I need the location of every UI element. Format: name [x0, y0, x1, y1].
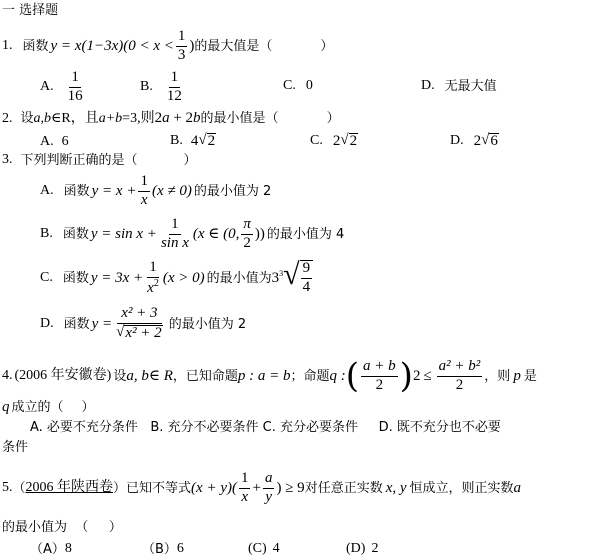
- question-number: 4.: [2, 369, 13, 383]
- option-suffix: 的最小值为 2: [194, 185, 271, 198]
- question-prefix: 函数: [23, 40, 49, 53]
- radical-icon: √: [198, 133, 206, 149]
- section-title-text: 一 选择题: [2, 4, 58, 17]
- option-label: B.: [40, 227, 53, 241]
- square-root: √2: [198, 133, 216, 149]
- math-expression: y = sin x +: [91, 227, 157, 242]
- coefficient: 3: [272, 271, 280, 286]
- proposition-q-label: q :: [330, 369, 346, 384]
- numerator: 1: [169, 70, 181, 88]
- exponent: b: [193, 111, 201, 126]
- coefficient: 2: [474, 134, 482, 149]
- option-label: A.: [40, 184, 54, 198]
- fraction: 1 x: [138, 174, 150, 209]
- option-prefix: 函数: [64, 318, 90, 331]
- math-variables: a,b: [34, 112, 52, 126]
- option-2d: D. 2 √6: [450, 133, 499, 149]
- variable-p: p: [513, 369, 521, 384]
- math-expression: y = x +: [92, 184, 137, 199]
- denominator: 3: [176, 47, 188, 64]
- question-text: 设: [113, 370, 126, 383]
- option-label: （B）: [142, 543, 177, 556]
- math-expression: y =: [92, 317, 113, 332]
- radical-icon: √: [481, 133, 489, 149]
- question-text: ；命题: [291, 370, 330, 383]
- option-label: D.: [450, 134, 464, 148]
- radicand: 2: [349, 133, 359, 149]
- source-open-paren: （: [13, 482, 26, 495]
- option-value: 无最大值: [445, 80, 497, 93]
- question-4-continued: q 成立的（ ）: [2, 400, 95, 415]
- question-text: 设: [21, 112, 34, 125]
- option-3b: B. 函数 y = sin x + 1 sin x (x ∈ (0, π 2 )…: [40, 214, 344, 254]
- option-1b: B. 1 12: [140, 68, 186, 106]
- question-number: 3.: [2, 153, 13, 167]
- option-1c: C. 0: [283, 79, 313, 93]
- fraction: 1 3: [176, 29, 188, 64]
- coefficient: 4: [191, 134, 199, 149]
- option-prefix: 函数: [64, 185, 90, 198]
- math-expression: + 2: [170, 111, 193, 126]
- option-label: D.: [40, 317, 54, 331]
- numerator: a: [263, 471, 275, 489]
- math-variables: a, b∈ R: [126, 369, 173, 384]
- denominator: y: [263, 489, 274, 506]
- question-text: ，已知命题: [173, 370, 238, 383]
- question-1: 1. 函数 y = x(1−3x)(0 < x < 1 3 ) 的最大值是（ ）: [2, 26, 333, 66]
- radical-icon: √: [283, 260, 299, 296]
- option-2a: A. 6: [40, 135, 69, 149]
- option-3a: A. 函数 y = x + 1 x (x ≠ 0) 的最小值为 2: [40, 172, 271, 210]
- answer-blank-close: ）: [184, 154, 197, 167]
- option-prefix: 函数: [63, 228, 89, 241]
- denominator: 2: [374, 377, 386, 394]
- numerator: 9: [301, 261, 313, 279]
- exponent: 2: [154, 278, 159, 289]
- radicand: 6: [489, 133, 499, 149]
- question-text: 恒成立，则正实数: [410, 482, 514, 495]
- option-5d: (D) 2: [346, 542, 378, 556]
- option-label: （A）: [30, 543, 65, 556]
- option-value: 6: [177, 542, 184, 556]
- plus-sign: +: [252, 481, 260, 496]
- numerator: x² + 3: [117, 306, 161, 324]
- fraction: 1 x: [239, 471, 251, 506]
- numerator: 1: [239, 471, 251, 489]
- question-text: ∈R，且: [51, 112, 99, 126]
- fraction: x² + 3 √x² + 2: [114, 306, 165, 342]
- question-number: 5.: [2, 481, 13, 495]
- numerator: a² + b²: [437, 359, 483, 377]
- denominator: 16: [66, 88, 85, 105]
- option-suffix: 的最小值为 4: [267, 228, 344, 241]
- option-label: C.: [310, 134, 323, 148]
- question-5: 5. （ 2006 年陕西卷 ） 已知不等式 (x + y)( 1 x + a …: [2, 468, 521, 508]
- option-5c: (C) 4: [248, 542, 280, 556]
- question-text: 对任意正实数: [305, 482, 383, 495]
- question-number: 2.: [2, 112, 13, 126]
- question-text: 是: [524, 370, 537, 383]
- fraction: 1 sin x: [159, 217, 191, 252]
- fraction: a y: [263, 471, 275, 506]
- option-2c: C. 2 √2: [310, 133, 358, 149]
- option-value: 2: [371, 542, 378, 556]
- question-source: (2006 年安徽卷): [15, 369, 112, 383]
- question-4-options-wrap: 条件: [2, 441, 28, 454]
- options-text: A. 必要不充分条件 B. 充分不必要条件 C. 充分必要条件 D. 既不充分也…: [30, 421, 501, 434]
- option-value: 8: [65, 542, 72, 556]
- options-text-wrap: 条件: [2, 441, 28, 454]
- math-expression: (x ∈ (0,: [193, 227, 240, 242]
- question-suffix: 的最小值是（: [201, 112, 279, 125]
- math-expression: y = x(1−3x)(0 < x <: [51, 39, 174, 54]
- radicand: x² + 2: [124, 325, 162, 342]
- option-label: B.: [170, 134, 183, 148]
- option-1a: A. 1 16: [40, 68, 87, 106]
- math-expression: (x > 0): [163, 271, 205, 286]
- numerator: 1: [69, 70, 81, 88]
- fraction: 1 16: [66, 70, 85, 105]
- question-2: 2. 设 a,b ∈R，且 a+b =3,则 2a + 2b 的最小值是（ ）: [2, 111, 340, 126]
- question-4-options: A. 必要不充分条件 B. 充分不必要条件 C. 充分必要条件 D. 既不充分也…: [30, 421, 501, 434]
- numerator: 1: [169, 217, 181, 235]
- fraction: a + b 2: [361, 359, 398, 394]
- square-root: √2: [340, 133, 358, 149]
- square-root: √6: [481, 133, 499, 149]
- variable-a: a: [514, 481, 522, 496]
- fraction: 9 4: [300, 260, 314, 296]
- option-2b: B. 4 √2: [170, 133, 216, 149]
- fraction: a² + b² 2: [437, 359, 483, 394]
- fraction: π 2: [241, 217, 253, 252]
- numerator: 1: [176, 29, 188, 47]
- radicand: 2: [207, 133, 217, 149]
- denominator: x2: [145, 278, 161, 297]
- exponent: 2: [413, 369, 421, 384]
- source-close-paren: ）: [113, 482, 126, 495]
- numerator: 1: [147, 260, 159, 278]
- proposition-p: p : a = b: [238, 369, 291, 384]
- answer-blank-close: ）: [327, 112, 340, 125]
- answer-blank-close: ）: [82, 401, 95, 414]
- radical-icon: √: [116, 325, 124, 342]
- left-paren: (: [346, 359, 359, 393]
- option-3c: C. 函数 y = 3x + 1 x2 (x > 0) 的最小值为 3 3 √ …: [40, 258, 313, 298]
- math-expression: ) ≥ 9: [276, 481, 304, 496]
- option-value: 0: [306, 79, 313, 93]
- option-label: D.: [421, 79, 435, 93]
- option-suffix: 的最小值为 2: [169, 318, 246, 331]
- question-text: ，则: [484, 370, 510, 383]
- question-text: 的最小值为 （ ）: [2, 521, 122, 534]
- option-3d: D. 函数 y = x² + 3 √x² + 2 的最小值为 2: [40, 302, 246, 346]
- exponent: a: [162, 111, 170, 126]
- relation-symbol: ≤: [423, 369, 431, 384]
- fraction: 1 12: [165, 70, 184, 105]
- question-source: 2006 年陕西卷: [26, 481, 114, 495]
- numerator: 1: [138, 174, 150, 192]
- question-text: =3,则: [122, 112, 154, 126]
- numerator: a + b: [361, 359, 398, 377]
- option-label: C.: [40, 271, 53, 285]
- option-label: A.: [40, 135, 54, 149]
- option-5b: （B） 6: [142, 542, 184, 556]
- answer-blank-close: ）: [320, 40, 333, 53]
- question-number: 1.: [2, 39, 13, 53]
- option-prefix: 函数: [63, 272, 89, 285]
- question-text: 下列判断正确的是（: [21, 154, 138, 167]
- fraction: 1 x2: [145, 260, 161, 297]
- option-suffix: 的最小值为: [207, 272, 272, 285]
- numerator: π: [241, 217, 253, 235]
- denominator: 4: [301, 279, 313, 296]
- variable-q: q: [2, 400, 10, 415]
- denominator: 2: [454, 377, 466, 394]
- math-expression: a+b: [99, 112, 122, 126]
- question-4: 4. (2006 年安徽卷) 设 a, b∈ R ，已知命题 p : a = b…: [2, 354, 537, 398]
- question-text: 成立的（: [12, 401, 64, 414]
- option-label: B.: [140, 80, 153, 94]
- coefficient: 2: [333, 134, 341, 149]
- option-label: A.: [40, 80, 54, 94]
- section-title: 一 选择题: [2, 4, 58, 17]
- right-paren: ): [400, 359, 413, 393]
- denominator: sin x: [159, 235, 191, 252]
- question-suffix: 的最大值是（: [194, 40, 272, 53]
- option-label: (C): [248, 542, 267, 556]
- question-5-continued: 的最小值为 （ ）: [2, 521, 122, 534]
- math-base: 2: [155, 111, 163, 126]
- option-5a: （A） 8: [30, 542, 72, 556]
- cube-root: √ 9 4: [283, 260, 313, 296]
- option-label: C.: [283, 79, 296, 93]
- denominator: 12: [165, 88, 184, 105]
- question-text: 已知不等式: [126, 482, 191, 495]
- math-variables: x, y: [386, 481, 407, 496]
- question-3: 3. 下列判断正确的是（ ）: [2, 153, 197, 167]
- option-value: 6: [62, 135, 69, 149]
- denominator-base: x: [147, 280, 154, 296]
- denominator: √x² + 2: [114, 324, 165, 342]
- option-1d: D. 无最大值: [421, 79, 497, 93]
- option-label: (D): [346, 542, 365, 556]
- denominator: 2: [241, 235, 253, 252]
- math-expression: (x + y)(: [191, 481, 237, 496]
- radical-icon: √: [340, 133, 348, 149]
- denominator: x: [139, 192, 150, 209]
- option-value: 4: [273, 542, 280, 556]
- denominator: x: [239, 489, 250, 506]
- math-expression: )): [255, 227, 265, 242]
- math-expression: y = 3x +: [91, 271, 143, 286]
- math-expression: (x ≠ 0): [152, 184, 192, 199]
